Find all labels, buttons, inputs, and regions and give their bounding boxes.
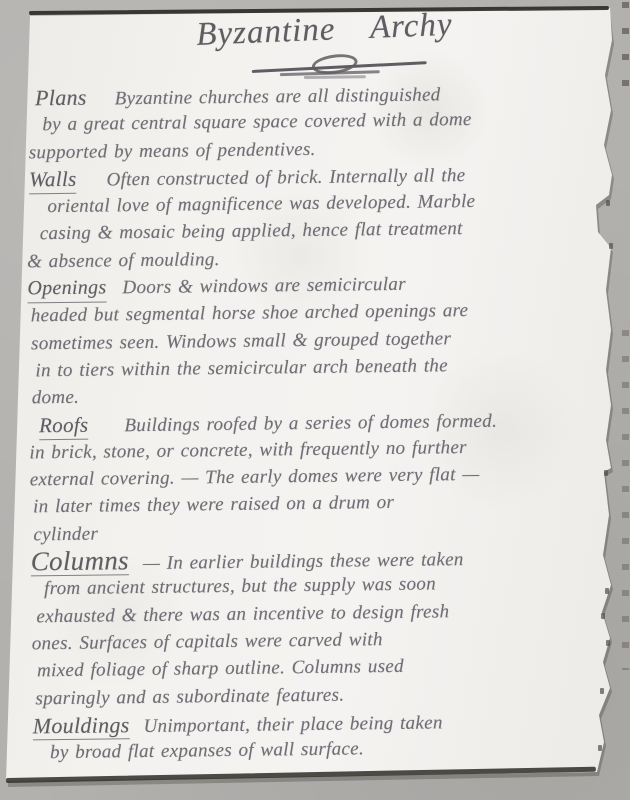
section-heading-walls: Walls	[29, 166, 77, 195]
handwritten-notes: Byzantine Archy PlansByzantine churches …	[0, 0, 630, 800]
notes-body: PlansByzantine churches are all distingu…	[22, 77, 608, 766]
section-heading-mouldings: Mouldings	[33, 711, 130, 740]
text-span: Buildings roofed by a series of domes fo…	[124, 410, 497, 436]
page-title: Byzantine Archy	[196, 7, 454, 54]
text-span: Unimportant, their place being taken	[143, 712, 442, 737]
text-span: Byzantine churches are all distinguished	[115, 84, 441, 109]
section-heading-openings: Openings	[27, 275, 106, 304]
section-heading-plans: Plans	[35, 84, 87, 112]
gray-backing-board: Byzantine Archy PlansByzantine churches …	[0, 0, 630, 800]
section-heading-columns: Columns	[31, 547, 129, 576]
text-span: Doors & windows are semicircular	[122, 274, 406, 298]
text-line: by broad flat expanses of wall surface.	[50, 732, 608, 766]
section-heading-roofs: Roofs	[39, 411, 89, 440]
text-span: Often constructed of brick. Internally a…	[106, 165, 465, 190]
crossed-out-scribble	[252, 53, 427, 83]
